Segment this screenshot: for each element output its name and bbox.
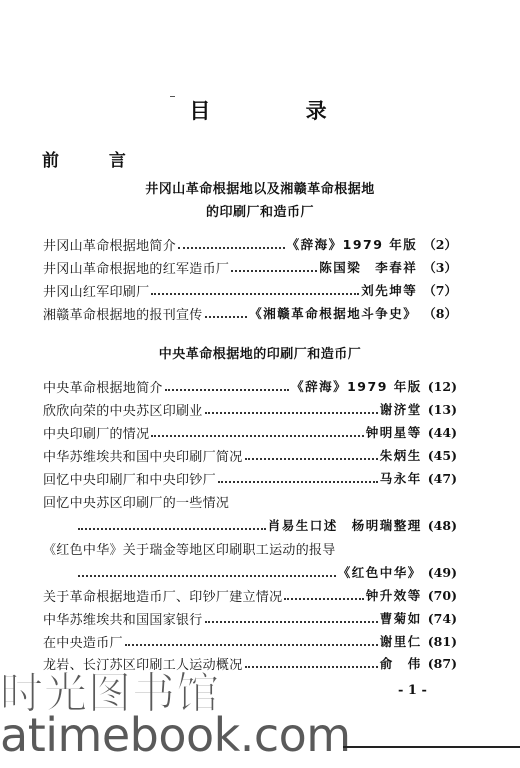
- entry-page: (74): [428, 611, 457, 626]
- entry-page: (45): [428, 448, 457, 463]
- entry-source: 肖易生口述 杨明瑞整理: [268, 516, 422, 534]
- entry-source: 《辞海》1979 年版: [291, 377, 422, 395]
- entry-title: 井冈山红军印刷厂: [43, 281, 149, 300]
- toc-page: 目 录 前 言 井冈山革命根据地以及湘赣革命根据地 的印刷厂和造币厂 井冈山革命…: [0, 0, 520, 768]
- dot-leader: [151, 423, 363, 437]
- section-1-heading-line-1: 井冈山革命根据地以及湘赣革命根据地: [0, 178, 520, 197]
- toc-entry-title-line[interactable]: 《红色中华》关于瑞金等地区印刷职工运动的报导: [43, 538, 457, 558]
- entry-title: 井冈山革命根据地的红军造币厂: [43, 258, 229, 277]
- dot-leader: [178, 235, 285, 249]
- footer-rule: [343, 746, 520, 748]
- entry-source: 曹菊如: [380, 609, 422, 627]
- toc-entry-leader-line[interactable]: 《红色中华》 (49): [76, 562, 457, 582]
- watermark-url: atimebook.com: [0, 708, 351, 762]
- toc-entry[interactable]: 井冈山革命根据地简介 《辞海》1979 年版 （2）: [43, 234, 457, 254]
- entry-title: 《红色中华》关于瑞金等地区印刷职工运动的报导: [43, 539, 336, 558]
- entry-title: 井冈山革命根据地简介: [43, 235, 176, 254]
- entry-source: 谢里仁: [380, 632, 422, 650]
- dot-leader: [245, 446, 378, 460]
- entry-title: 在中央造币厂: [43, 632, 123, 651]
- entry-title: 欣欣向荣的中央苏区印刷业: [43, 400, 203, 419]
- entry-page: (12): [428, 379, 457, 394]
- entry-source: 刘先坤等: [361, 281, 417, 299]
- entry-page: (44): [428, 425, 457, 440]
- entry-page: （2）: [423, 235, 457, 253]
- entry-source: 钟明星等: [366, 423, 422, 441]
- dot-leader: [205, 609, 378, 623]
- entry-source: 《辞海》1979 年版: [287, 235, 418, 253]
- section-2-heading: 中央革命根据地的印刷厂和造币厂: [0, 343, 520, 362]
- entry-title: 中华苏维埃共和国中央印刷厂简况: [43, 446, 243, 465]
- entry-page: （7）: [423, 281, 457, 299]
- dot-leader: [205, 304, 248, 318]
- entry-source: 俞 伟: [380, 654, 422, 672]
- toc-entry[interactable]: 中央印刷厂的情况 钟明星等 (44): [43, 422, 457, 442]
- toc-entry[interactable]: 回忆中央印刷厂和中央印钞厂 马永年 (47): [43, 468, 457, 488]
- entry-page: （8）: [423, 304, 457, 322]
- entry-page: (81): [428, 634, 457, 649]
- entry-title: 中央印刷厂的情况: [43, 423, 149, 442]
- toc-entry[interactable]: 井冈山革命根据地的红军造币厂 陈国梁 李春祥 （3）: [43, 257, 457, 277]
- toc-entry[interactable]: 在中央造币厂 谢里仁 (81): [43, 631, 457, 651]
- section-1-heading-line-2: 的印刷厂和造币厂: [0, 201, 520, 220]
- dot-leader: [125, 632, 378, 646]
- entry-source: 陈国梁 李春祥: [319, 258, 417, 276]
- entry-title: 回忆中央苏区印刷厂的一些情况: [43, 492, 229, 511]
- dot-leader: [78, 516, 266, 530]
- toc-entry[interactable]: 中华苏维埃共和国中央印刷厂简况 朱炳生 (45): [43, 445, 457, 465]
- entry-page: (47): [428, 471, 457, 486]
- entry-page: (13): [428, 402, 457, 417]
- dot-leader: [284, 586, 363, 600]
- entry-source: 《红色中华》: [338, 563, 422, 581]
- entry-source: 朱炳生: [380, 446, 422, 464]
- toc-entry[interactable]: 关于革命根据地造币厂、印钞厂建立情况 钟升效等 (70): [43, 585, 457, 605]
- dot-leader: [245, 654, 378, 668]
- entry-title: 中华苏维埃共和国国家银行: [43, 609, 203, 628]
- entry-title: 关于革命根据地造币厂、印钞厂建立情况: [43, 586, 282, 605]
- page-number: - 1 -: [398, 683, 427, 698]
- entry-source: 钟升效等: [366, 586, 422, 604]
- toc-entry[interactable]: 湘赣革命根据地的报刊宣传 《湘赣革命根据地斗争史》 （8）: [43, 303, 457, 323]
- toc-entry[interactable]: 中华苏维埃共和国国家银行 曹菊如 (74): [43, 608, 457, 628]
- entry-page: (48): [428, 518, 457, 533]
- dot-leader: [78, 563, 336, 577]
- toc-entry-title-line[interactable]: 回忆中央苏区印刷厂的一些情况: [43, 491, 457, 511]
- entry-title: 湘赣革命根据地的报刊宣传: [43, 304, 203, 323]
- toc-entry[interactable]: 欣欣向荣的中央苏区印刷业 谢济堂 (13): [43, 399, 457, 419]
- entry-title: 中央革命根据地简介: [43, 377, 163, 396]
- dot-leader: [151, 281, 359, 295]
- entry-page: (70): [428, 588, 457, 603]
- entry-source: 《湘赣革命根据地斗争史》: [249, 304, 417, 322]
- dot-leader: [231, 258, 317, 272]
- toc-entry[interactable]: 井冈山红军印刷厂 刘先坤等 （7）: [43, 280, 457, 300]
- entry-title: 回忆中央印刷厂和中央印钞厂: [43, 469, 216, 488]
- toc-entry[interactable]: 中央革命根据地简介 《辞海》1979 年版 (12): [43, 376, 457, 396]
- dot-leader: [218, 469, 378, 483]
- preface-heading: 前 言: [42, 146, 148, 171]
- entry-page: (49): [428, 565, 457, 580]
- entry-source: 谢济堂: [380, 400, 422, 418]
- toc-entry-leader-line[interactable]: 肖易生口述 杨明瑞整理 (48): [76, 515, 457, 535]
- dot-leader: [205, 400, 378, 414]
- entry-page: （3）: [423, 258, 457, 276]
- page-title: 目 录: [0, 95, 520, 125]
- entry-page: (87): [428, 656, 457, 671]
- dot-leader: [165, 377, 289, 391]
- entry-source: 马永年: [380, 469, 422, 487]
